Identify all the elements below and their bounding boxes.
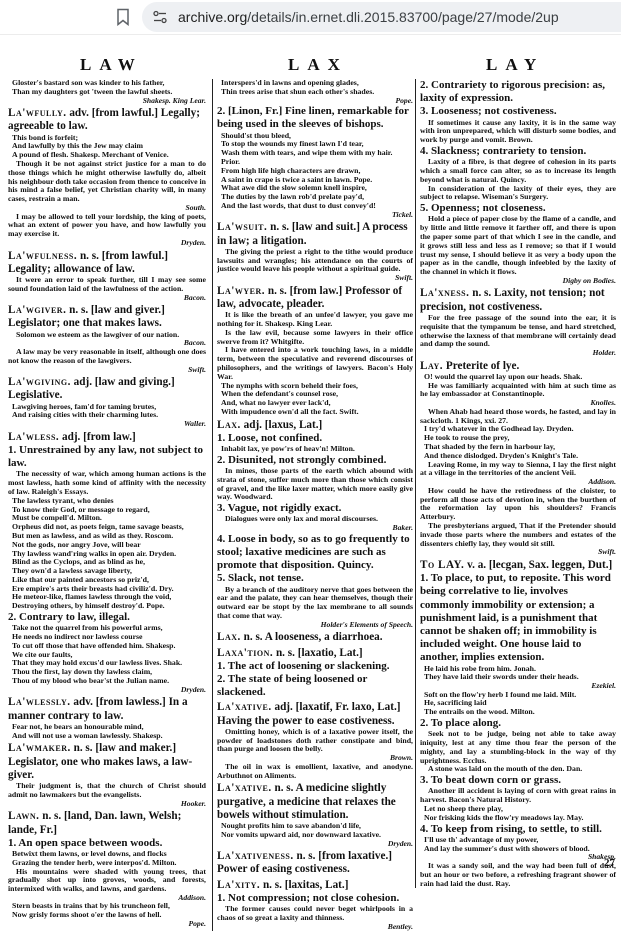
verse-line: Nor frisking kids the flow'ry meadows la… [420, 814, 616, 823]
dictionary-entry-heading: Lay. Preterite of lye. [420, 360, 616, 373]
sense-definition: 5. Slack, not tense. [217, 572, 413, 585]
dictionary-entry-heading: La'wgiving. adj. [law and giving.] Legis… [8, 376, 206, 402]
source-citation: Dryden. [8, 686, 206, 695]
quotation: In mines, those parts of the earth which… [217, 467, 413, 502]
quotation: How could he have the retiredness of the… [420, 487, 616, 522]
url-domain: archive.org [178, 9, 247, 25]
dictionary-entry-heading: La'xative. adj. [laxatif, Fr. laxo, Lat.… [217, 701, 413, 727]
headword: Lax. [217, 631, 241, 643]
source-citation: Digby on Bodies. [420, 277, 616, 286]
quotation: For the free passage of the sound into t… [420, 314, 616, 349]
verse-line: They have laid their swords under their … [420, 673, 616, 682]
dictionary-entry-heading: La'xativeness. n. s. [from laxative.] Po… [217, 850, 413, 875]
verse-line: The entrails on the wood. Milton. [420, 708, 616, 717]
source-citation: Swift. [8, 366, 206, 375]
source-citation: Swift. [217, 274, 413, 283]
sense-definition: 1. An open space between woods. [8, 837, 206, 850]
verse-line: And raising cities with their charming l… [8, 411, 206, 420]
dictionary-entry-heading: La'wfully. adv. [from lawful.] Legally; … [8, 107, 206, 133]
quotation: Hold a piece of paper close by the flame… [420, 215, 616, 277]
headword: La'wfully. [8, 107, 67, 119]
quotation: It is like the breath of an unfee'd lawy… [217, 311, 413, 329]
headword: La'wsuit. [217, 221, 267, 233]
quotation: The presbyterians argued, That if the Pr… [420, 522, 616, 548]
verse-line: Nor vomits upward aid, nor downward laxa… [217, 831, 413, 840]
source-citation: Shakesp. King Lear. [8, 97, 206, 106]
source-citation: Waller. [8, 420, 206, 429]
source-citation: Dryden. [8, 239, 206, 248]
verse-line: With impudence own'd all the fact. Swift… [217, 408, 413, 417]
headword: To LAY. [420, 559, 464, 571]
quotation: A law may be very reasonable in itself, … [8, 348, 206, 366]
quotation: The oil in wax is emollient, laxative, a… [217, 763, 413, 781]
headword: La'wgiver. [8, 304, 66, 316]
headword: La'wgiving. [8, 376, 71, 388]
sense-definition: 4. Loose in body, so as to go frequently… [217, 533, 413, 573]
sense-definition: 1. The act of loosening or slackening. [217, 660, 413, 673]
sense-definition: 2. [Linon, Fr.] Fine linen, remarkable f… [217, 105, 413, 131]
quotation: I have entered into a work touching laws… [217, 346, 413, 381]
book-page: LAW LAX LAY Gloster's bastard son was ki… [0, 35, 621, 875]
sense-definition: 1. To place, to put, to reposite. This w… [420, 572, 616, 664]
quotation: Dialogues were only lax and moral discou… [217, 515, 413, 524]
headword: Lawn. [8, 810, 39, 822]
headword: Lay. [420, 360, 443, 372]
dictionary-entry-heading: La'xness. n. s. Laxity, not tension; not… [420, 287, 616, 313]
quotation: Solomon we esteem as the lawgiver of our… [8, 331, 206, 340]
quotation: Though it be not against strict justice … [8, 160, 206, 204]
source-citation: Holder's Elements of Speech. [217, 621, 413, 630]
address-bar[interactable]: archive.org/details/in.ernet.dli.2015.83… [142, 2, 621, 32]
quotation: Seek not to be judge, being not able to … [420, 730, 616, 765]
quotation: The necessity of war, which among human … [8, 470, 206, 496]
dictionary-entry-heading: La'wless. adj. [from law.] [8, 431, 206, 444]
dictionary-entry-heading: La'wgiver. n. s. [law and giver.] Legisl… [8, 304, 206, 330]
running-head-right: LAY [486, 55, 544, 75]
running-head-left: LAW [80, 55, 143, 75]
quotation: Leaving Rome, in my way to Sienna, I lay… [420, 461, 616, 479]
dictionary-entry-heading: Lawn. n. s. [land, Dan. lawn, Welsh; lan… [8, 810, 206, 836]
quotation: I may be allowed to tell your lordship, … [8, 213, 206, 239]
headword: La'wyer. [217, 285, 265, 297]
dictionary-entry-heading: Laxa'tion. n. s. [laxatio, Lat.] [217, 647, 413, 660]
quotation: It were an error to speak further, till … [8, 276, 206, 294]
headword: La'xativeness. [217, 850, 294, 862]
dictionary-entry-heading: La'wlessly. adv. [from lawless.] In a ma… [8, 696, 206, 722]
dictionary-entry-heading: La'wsuit. n. s. [law and suit.] A proces… [217, 221, 413, 247]
source-citation: Bacon. [8, 294, 206, 303]
source-citation: Holder. [420, 349, 616, 358]
dictionary-entry-heading: La'wfulness. n. s. [from lawful.] Legali… [8, 250, 206, 276]
verse-line: Thou of my blood who bear'st the Julian … [8, 677, 206, 686]
sense-definition: 1. Unrestrained by any law, not subject … [8, 444, 206, 470]
site-settings-icon[interactable] [152, 9, 168, 25]
verse-line: And will not use a woman lawlessly. Shak… [8, 732, 206, 741]
dictionary-column-1: Gloster's bastard son was kinder to his … [8, 79, 206, 875]
quotation: When Ahab had heard those words, he fast… [420, 408, 616, 426]
headword: Laxa'tion. [217, 647, 273, 659]
url-path: /details/in.ernet.dli.2015.83700/page/27… [247, 9, 558, 25]
dictionary-entry-heading: To LAY. v. a. [lecgan, Sax. leggen, Dut.… [420, 559, 616, 572]
headword: La'xative. [217, 782, 272, 794]
quotation: A stone was laid on the mouth of the den… [420, 765, 616, 774]
dictionary-entry-heading: Lax. n. s. A looseness, a diarrhoea. [217, 631, 413, 644]
verse-line: Destroying others, by himself destroy'd.… [8, 602, 206, 611]
verse-line: And lay the summer's dust with showers o… [420, 845, 616, 854]
entry-definition: adj. [laxus, Lat.] [241, 419, 322, 431]
running-head-center: LAX [288, 55, 348, 75]
quotation: Their judgment is, that the church of Ch… [8, 782, 206, 800]
quotation: He was familiarly acquainted with him at… [420, 382, 616, 400]
quotation: The giving the priest a right to the tit… [217, 248, 413, 274]
dictionary-entry-heading: La'wmaker. n. s. [law and maker.] Legisl… [8, 742, 206, 782]
quotation: Laxity of a fibre, is that degree of coh… [420, 158, 616, 184]
quotation: By a branch of the auditory nerve that g… [217, 586, 413, 621]
sense-definition: 2. The state of being loosened or slacke… [217, 673, 413, 699]
page-number: 27 [604, 857, 615, 869]
source-citation: Dryden. [217, 840, 413, 849]
sense-definition: 4. To keep from rising, to settle, to st… [420, 823, 616, 836]
dictionary-entry-heading: La'xative. n. s. A medicine slightly pur… [217, 782, 413, 822]
browser-toolbar: archive.org/details/in.ernet.dli.2015.83… [0, 0, 621, 35]
quotation: Omitting honey, which is of a laxative p… [217, 728, 413, 754]
entry-definition: Preterite of lye. [443, 360, 519, 372]
verse-line: And the last words, that dust to dust co… [217, 202, 413, 211]
source-citation: Tickel. [217, 211, 413, 220]
headword: La'wmaker. [8, 742, 71, 754]
dictionary-column-3: 2. Contrariety to rigorous precision: as… [415, 79, 616, 875]
sense-definition: 2. Contrariety to rigorous precision: as… [420, 79, 616, 105]
source-citation: Swift. [420, 548, 616, 557]
headword: Lax. [217, 419, 241, 431]
verse-line: Wash them with tears, and wipe them with… [217, 149, 413, 167]
headword: La'xness. [420, 287, 469, 299]
verse-line: Inhabit lax, ye pow'rs of heav'n! Milton… [217, 445, 413, 454]
entry-definition: n. s. A looseness, a diarrhoea. [241, 631, 383, 643]
dictionary-entry-heading: Lax. adj. [laxus, Lat.] [217, 419, 413, 432]
headword: La'wless. [8, 431, 59, 443]
headword: La'wlessly. [8, 696, 71, 708]
source-citation: Hooker. [8, 800, 206, 809]
verse-line: Thin trees arise that shun each other's … [217, 88, 413, 97]
quotation: It was a sandy soil, and the way had bee… [420, 862, 616, 875]
quotation: Another ill accident is laying of corn w… [420, 787, 616, 805]
headword: La'xative. [217, 701, 272, 713]
quotation: Is the law evil, because some lawyers in… [217, 329, 413, 347]
quotation: If sometimes it cause any laxity, it is … [420, 119, 616, 145]
entry-definition: v. a. [lecgan, Sax. leggen, Dut.] [464, 559, 612, 571]
bookmark-icon[interactable] [116, 8, 130, 26]
quotation: His mountains were shaded with young tre… [8, 868, 206, 876]
entry-definition: adj. [from law.] [59, 431, 136, 443]
source-citation: Baker. [217, 524, 413, 533]
entry-definition: n. s. [laxatio, Lat.] [273, 647, 363, 659]
headword: La'wfulness. [8, 250, 77, 262]
sense-definition: 3. Looseness; not costiveness. [420, 105, 616, 118]
dictionary-column-2: Interspers'd in lawns and opening glades… [212, 79, 413, 875]
url-text[interactable]: archive.org/details/in.ernet.dli.2015.83… [178, 9, 559, 25]
quotation: In consideration of the laxity of their … [420, 185, 616, 203]
source-citation: Pope. [217, 97, 413, 106]
dictionary-entry-heading: La'wyer. n. s. [from law.] Professor of … [217, 285, 413, 311]
